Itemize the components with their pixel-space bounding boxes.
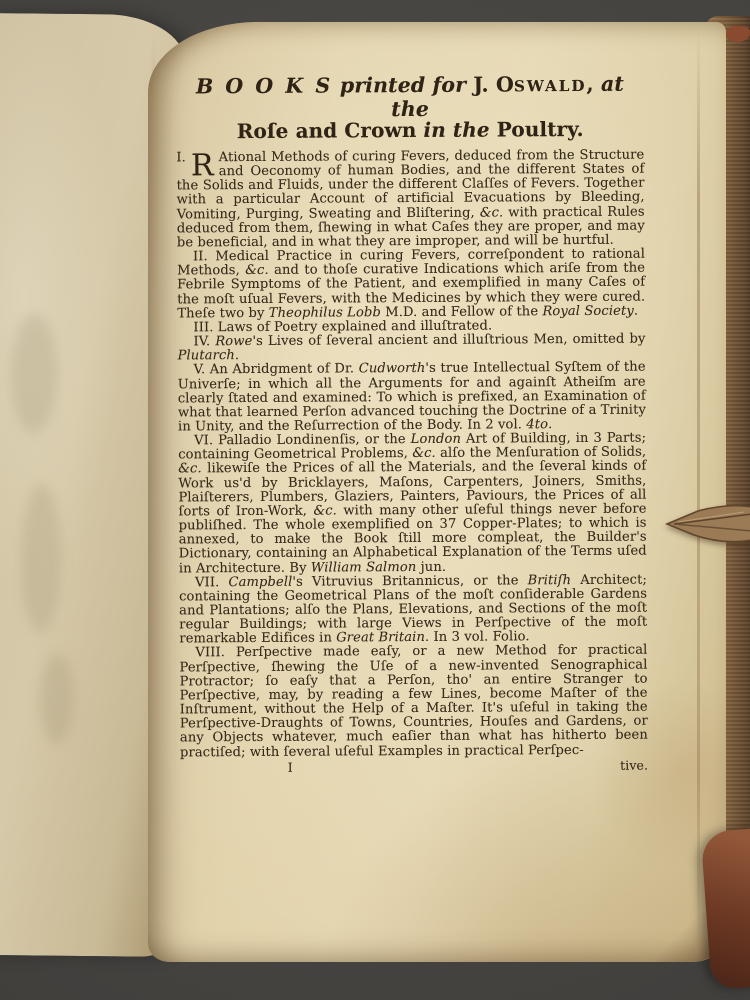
text-run: B O O K S xyxy=(196,73,333,98)
text-run: Campbell xyxy=(228,574,292,589)
page-crease xyxy=(697,30,700,950)
item-number-and-dropcap: I.R xyxy=(176,151,213,179)
catalog-item-IV: IV. Rowe's Lives of ſeveral ancient and … xyxy=(177,333,645,364)
drop-cap: R xyxy=(191,151,214,179)
heading-line-2: Roſe and Crown in the Poultry. xyxy=(176,119,644,143)
paper-smudge xyxy=(20,483,62,633)
text-run: printed for xyxy=(333,73,474,98)
catchword: tive. xyxy=(620,758,648,772)
text-run: 4to xyxy=(526,417,548,432)
text-run: Plutarch xyxy=(178,348,235,363)
text-run: Poultry. xyxy=(497,117,584,142)
text-run: M.D. and Fellow of the xyxy=(381,304,543,320)
item-number: V. xyxy=(194,363,210,378)
text-run: SWALD xyxy=(514,77,587,95)
text-run: . xyxy=(235,348,239,363)
leather-clasp xyxy=(664,500,750,550)
text-run: &c. xyxy=(480,205,504,220)
text-run: Roſe and Crown xyxy=(237,118,424,143)
item-number: IV. xyxy=(193,334,215,349)
catalog-item-V: V. An Abridgment of Dr. Cudworth's true … xyxy=(178,361,646,435)
printed-text-block: B O O K S printed for J. OSWALD, at the … xyxy=(176,73,648,776)
item-number: I. xyxy=(176,151,186,165)
text-run: Great Britain xyxy=(336,630,425,646)
catalog-item-VI: VI. Palladio Londinenſis, or the London … xyxy=(178,432,647,576)
book-photo: B O O K S printed for J. OSWALD, at the … xyxy=(0,0,750,1000)
text-run: . xyxy=(548,417,552,432)
text-run: Perſpective made eaſy, or a new Method f… xyxy=(179,643,648,760)
paper-smudge xyxy=(11,313,58,433)
page-footer-line: I tive. xyxy=(180,758,648,775)
text-run: Britiſh xyxy=(528,573,572,588)
leather-clasp-shape xyxy=(664,500,750,550)
catalog-item-I: I.RAtional Methods of curing Fevers, ded… xyxy=(176,149,645,251)
text-run: &c. xyxy=(245,263,269,278)
item-number: III. xyxy=(193,320,217,335)
heading-line-1: B O O K S printed for J. OSWALD, at the xyxy=(176,73,644,122)
item-number: VI. xyxy=(194,433,218,448)
item-number: II. xyxy=(193,249,215,264)
leather-cover-bottom-corner xyxy=(701,828,750,990)
catalog-item-VIII: VIII. Perſpective made eaſy, or a new Me… xyxy=(179,644,648,760)
catalog-items: I.RAtional Methods of curing Fevers, ded… xyxy=(176,149,648,761)
item-number: VII. xyxy=(195,575,229,590)
text-run: Royal Society xyxy=(542,303,633,319)
text-run: &c. xyxy=(412,446,436,461)
text-run: J. O xyxy=(473,72,514,96)
item-number: VIII. xyxy=(195,646,236,661)
text-run: Rowe xyxy=(215,334,252,349)
text-run: in the xyxy=(423,117,496,141)
signature-mark: I xyxy=(288,760,293,774)
text-run: 's Lives of ſeveral ancient and illuſtri… xyxy=(252,332,645,349)
text-run: Cudworth xyxy=(359,361,426,376)
catalog-item-II: II. Medical Practice in curing Fevers, c… xyxy=(177,248,645,322)
text-run: &c. xyxy=(313,503,337,518)
text-run: , xyxy=(586,72,601,96)
paper-smudge xyxy=(39,654,74,744)
catalog-item-VII: VII. Campbell's Vitruvius Britannicus, o… xyxy=(179,573,647,647)
catalog-page: B O O K S printed for J. OSWALD, at the … xyxy=(148,22,726,962)
text-run: . xyxy=(634,303,638,318)
text-run: &c. xyxy=(178,462,202,477)
text-run: London xyxy=(411,432,461,447)
text-run: jun. xyxy=(416,559,446,574)
page-heading: B O O K S printed for J. OSWALD, at the … xyxy=(176,73,644,143)
